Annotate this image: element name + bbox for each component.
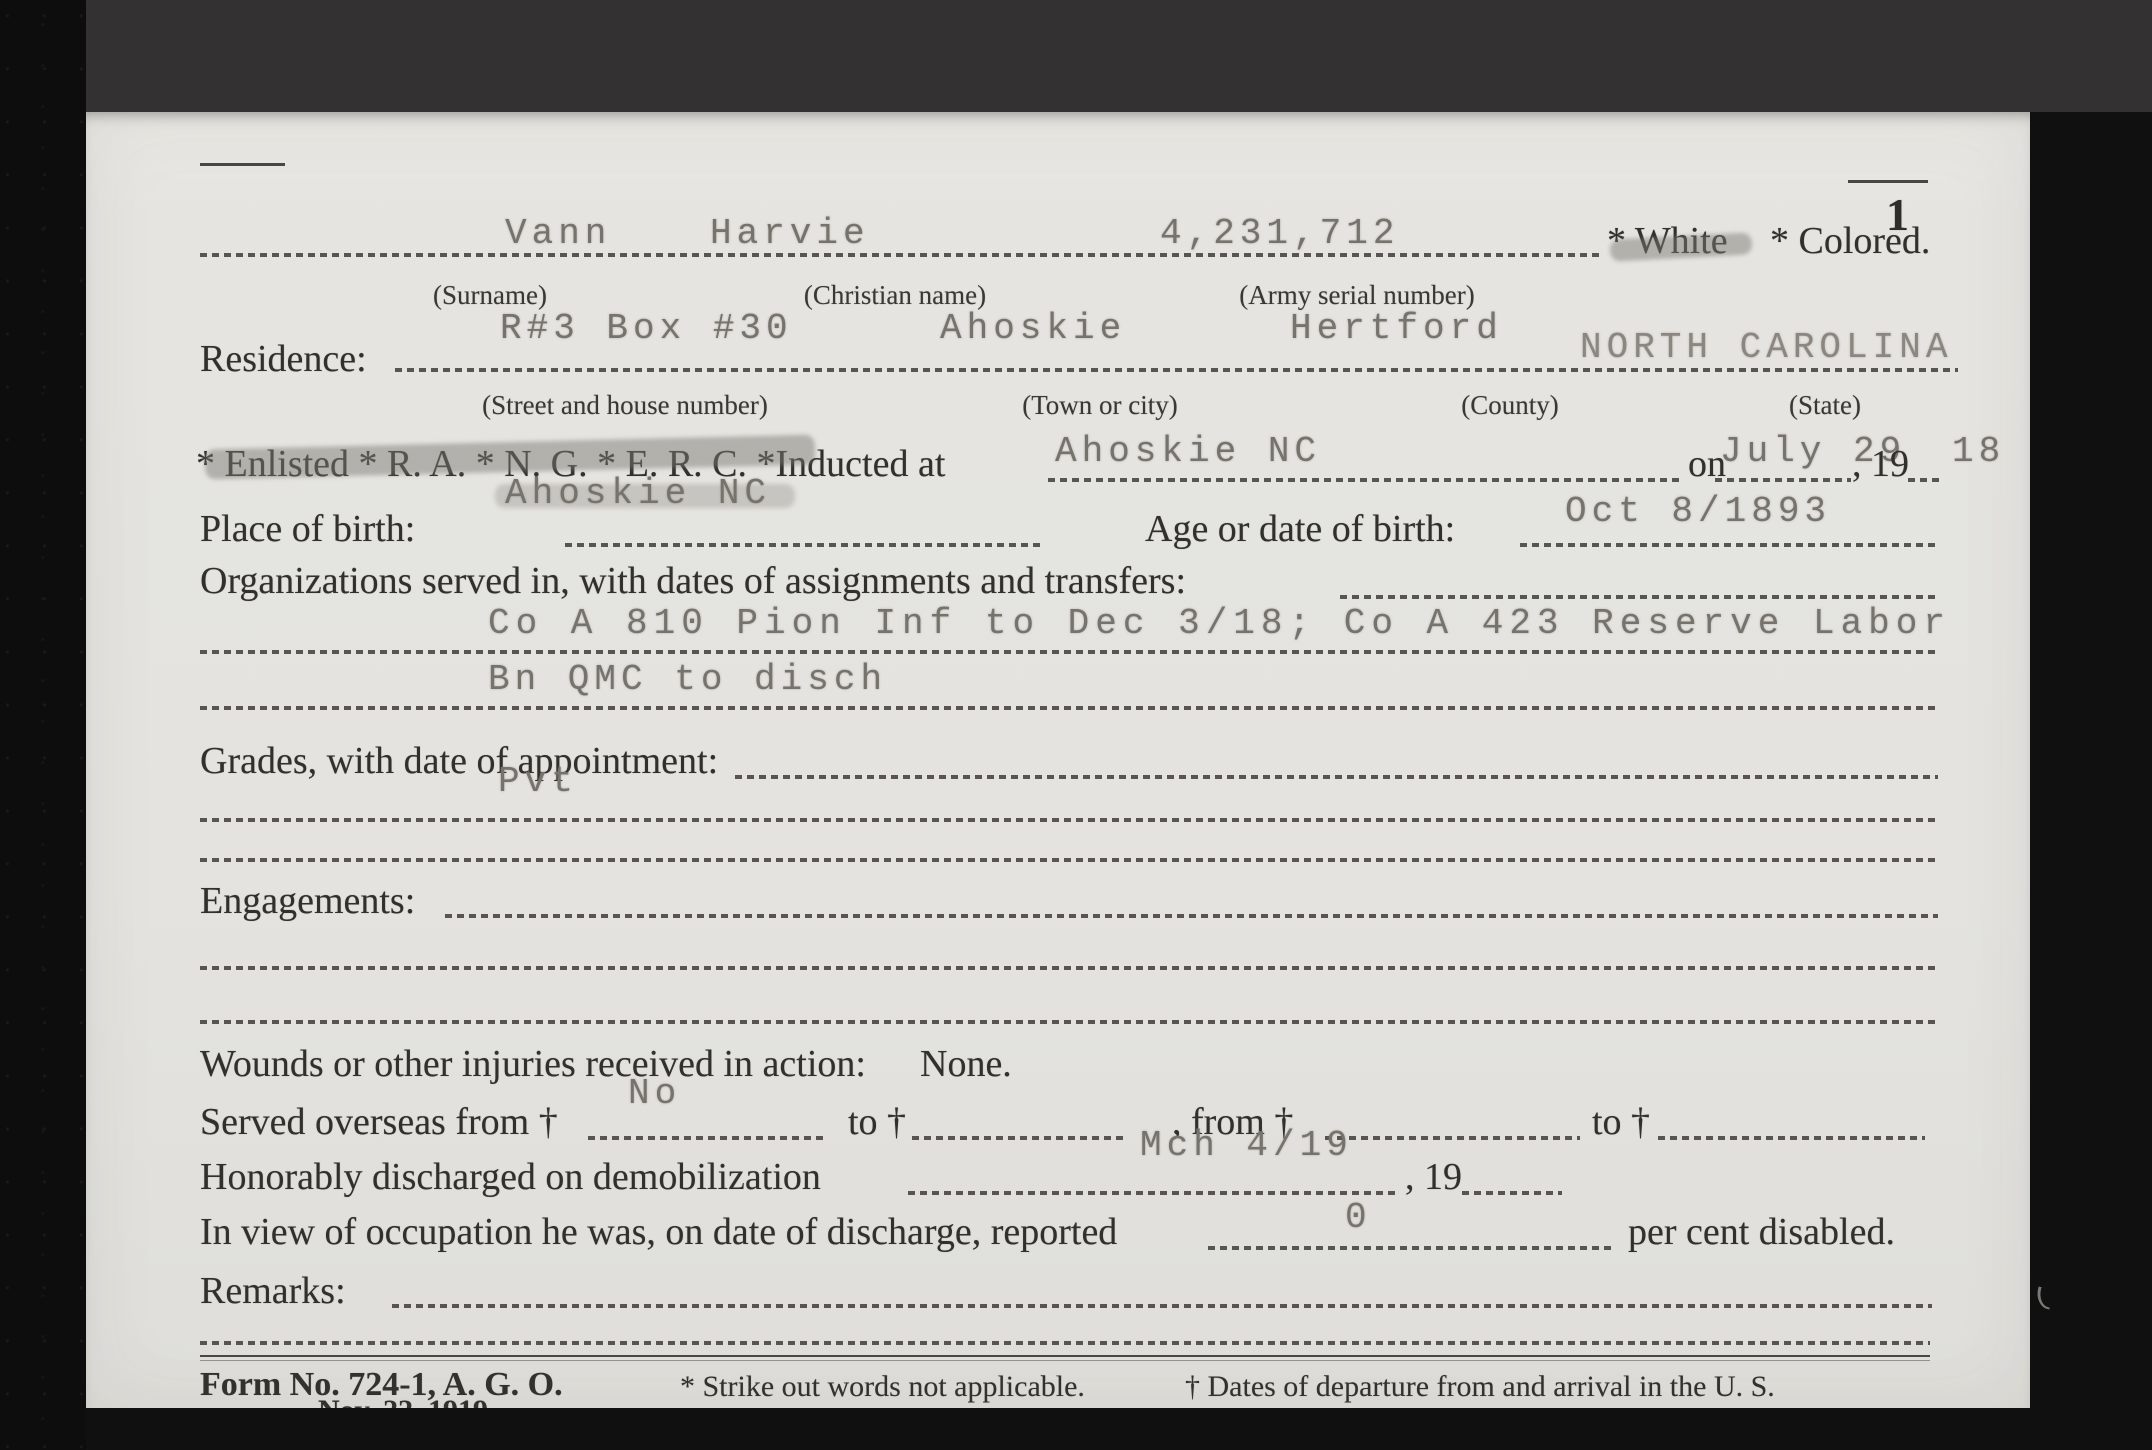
overseas-rule-line-2 [912,1136,1128,1140]
overseas-rule-line-1 [588,1136,828,1140]
birth-date-rule-line [1520,543,1935,547]
grades-label: Grades, with date of appointment: [200,742,718,780]
engagements-rule-line-2 [200,1020,1938,1024]
footnote-dagger: † Dates of departure from and arrival in… [1185,1372,1775,1402]
state-label: (State) [1789,392,1861,419]
residence-county-value: Hertford [1290,311,1503,347]
birth-date-label: Age or date of birth: [1145,510,1455,548]
serial-number-label: (Army serial number) [1239,282,1474,309]
residence-label: Residence: [200,340,367,378]
surname-label: (Surname) [433,282,547,309]
overseas-label: Served overseas from † [200,1103,558,1141]
disability-value: 0 [1345,1200,1372,1236]
organizations-rule-line-1 [200,650,1938,654]
disability-rule-line [1208,1246,1616,1250]
residence-street-value: R#3 Box #30 [500,311,793,347]
overseas-rule-line-4 [1658,1136,1925,1140]
wounds-label: Wounds or other injuries received in act… [200,1045,866,1083]
film-scratch-mark [2034,1286,2054,1309]
overseas-to1-label: to † [848,1103,906,1141]
grades-rule-line-1 [200,818,1938,822]
form-date: Nov. 22, 1919 [318,1396,488,1408]
street-label: (Street and house number) [482,392,768,419]
overseas-to2-label: to † [1592,1103,1650,1141]
wounds-value: None. [920,1045,1012,1083]
overseas-value: No [628,1076,681,1112]
scanned-service-record-page: 1 Vann Harvie 4,231,712 * White * Colore… [0,0,2152,1450]
engagements-rule-line-1 [200,966,1938,970]
grades-rule-line-2 [200,858,1938,862]
county-label: (County) [1461,392,1559,419]
service-record-card: 1 Vann Harvie 4,231,712 * White * Colore… [86,112,2030,1408]
birth-place-rule-line [565,543,1043,547]
surname-value: Vann [505,216,611,252]
engagements-label: Engagements: [200,882,415,920]
remarks-label: Remarks: [200,1272,346,1310]
film-background-band [86,0,2152,112]
induction-year-prefix: , 19 [1852,445,1909,483]
christian-name-label: (Christian name) [804,282,986,309]
induction-year-value: 18 [1952,434,2005,470]
organizations-line2-value: Bn QMC to disch [488,662,887,698]
induction-year-rule-line [1908,478,1942,482]
race-colored-option: * Colored. [1770,222,1930,260]
organizations-rule-line-0 [1340,595,1938,599]
discharge-rule-line-1 [908,1191,1398,1195]
grades-rule-line-0 [735,775,1938,779]
organizations-line1-value: Co A 810 Pion Inf to Dec 3/18; Co A 423 … [488,606,1951,642]
footnote-strikeout: * Strike out words not applicable. [680,1372,1085,1402]
serial-number-value: 4,231,712 [1160,216,1399,252]
remarks-rule-line [392,1304,1932,1308]
overseas-rule-line-3 [1325,1136,1580,1140]
disability-suffix: per cent disabled. [1628,1213,1895,1251]
name-rule-line [200,253,1604,257]
footer-rule-dotted [200,1341,1930,1345]
birth-place-label: Place of birth: [200,510,415,548]
induction-place-rule-line [1048,478,1681,482]
induction-place-value: Ahoskie NC [1055,434,1321,470]
discharge-date-value: Mch 4/19 [1140,1128,1353,1164]
discharge-label: Honorably discharged on demobilization [200,1158,821,1196]
induction-date-rule-line [1715,478,1851,482]
town-label: (Town or city) [1022,392,1178,419]
alignment-mark-left [200,163,285,166]
footer-rule-solid-2 [200,1360,1930,1361]
birth-place-value: Ahoskie NC [505,476,771,512]
disability-label: In view of occupation he was, on date of… [200,1213,1117,1251]
christian-name-value: Harvie [710,216,870,252]
birth-date-value: Oct 8/1893 [1565,494,1831,530]
residence-rule-line [395,368,1958,372]
film-edge-strip [0,0,86,1450]
organizations-label: Organizations served in, with dates of a… [200,562,1186,600]
footer-rule-solid [200,1355,1930,1357]
engagements-rule-line-0 [445,914,1938,918]
discharge-rule-line-2 [1462,1191,1562,1195]
discharge-year-prefix: , 19 [1405,1158,1462,1196]
residence-town-value: Ahoskie [940,311,1126,347]
residence-state-value: NORTH CAROLINA [1580,330,1952,366]
alignment-mark-right [1848,180,1928,183]
organizations-rule-line-2 [200,706,1938,710]
grades-value: Pvt [498,764,578,800]
